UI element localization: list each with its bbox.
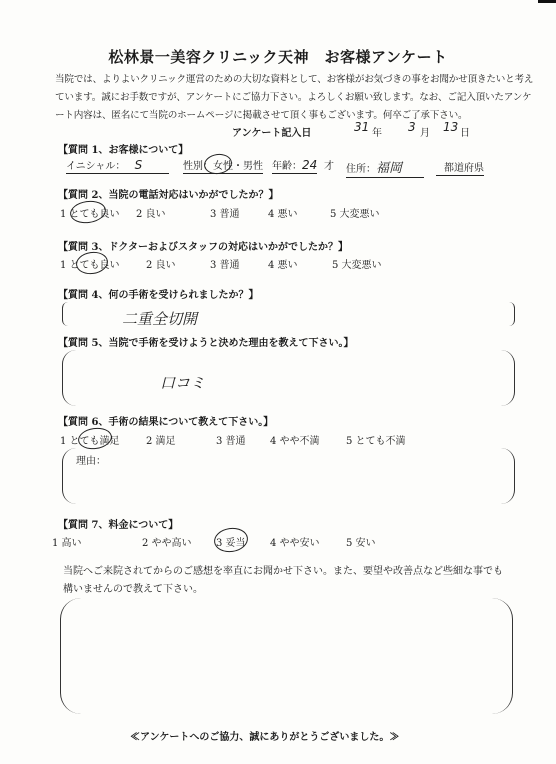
q2-option-2[interactable]: 2 良い bbox=[136, 205, 166, 220]
q2-option-4[interactable]: 4 悪い bbox=[268, 205, 298, 220]
q6-heading: 【質問 6、手術の結果について教えて下さい。】 bbox=[58, 413, 273, 428]
q5-bracket-left bbox=[62, 350, 77, 406]
q6-option-2[interactable]: 2 満足 bbox=[146, 432, 176, 447]
gender-option-male[interactable]: 男性 bbox=[243, 161, 263, 172]
address-field[interactable]: 住所：福岡 bbox=[346, 157, 424, 178]
q2-option-5[interactable]: 5 大変悪い bbox=[330, 205, 380, 220]
q6-reason-input[interactable] bbox=[110, 452, 490, 500]
q3-option-3[interactable]: 3 普通 bbox=[210, 256, 240, 271]
comments-prompt-line-2: 構いませんので教えて下さい。 bbox=[63, 580, 203, 595]
intro-line-2: ています。誠にお手数ですが、アンケートにご協力下さい。よろしくお願い致します。な… bbox=[55, 89, 531, 107]
comments-prompt-line-1: 当院へご来院されてからのご感想を率直にお聞かせ下さい。また、要望や改善点など些細… bbox=[63, 562, 503, 577]
age-unit: 才 bbox=[324, 157, 334, 172]
q3-heading: 【質問 3、ドクターおよびスタッフの対応はいかがでしたか？】 bbox=[58, 238, 348, 253]
q7-option-2[interactable]: 2 やや高い bbox=[142, 534, 192, 549]
q6-bracket-right bbox=[500, 448, 515, 504]
initial-value: S bbox=[135, 158, 143, 172]
comments-bracket-right bbox=[492, 598, 513, 714]
q4-answer[interactable]: 二重全切開 bbox=[122, 308, 197, 329]
q3-selection-circle bbox=[75, 250, 110, 276]
date-month-label: 月 bbox=[420, 124, 430, 139]
q6-reason-label: 理由： bbox=[76, 452, 106, 467]
q5-bracket-right bbox=[500, 350, 515, 406]
q6-bracket-left bbox=[62, 448, 77, 504]
q7-option-5[interactable]: 5 安い bbox=[346, 534, 376, 549]
date-day-label: 日 bbox=[460, 124, 470, 139]
address-label: 住所： bbox=[346, 164, 376, 175]
intro-line-3: ート内容は、匿名にて当院のホームページに掲載させて頂く事もございます。何卒ご了承… bbox=[55, 107, 467, 125]
q5-heading: 【質問 5、当院で手術を受けようと決めた理由を教えて下さい。】 bbox=[58, 334, 353, 349]
q1-heading: 【質問 1、お客様について】 bbox=[58, 141, 188, 156]
age-value: 24 bbox=[302, 158, 317, 172]
date-label: アンケート記入日 bbox=[232, 124, 311, 139]
age-field[interactable]: 年齢：24 bbox=[272, 157, 317, 174]
date-day-value[interactable]: 13 bbox=[443, 120, 458, 134]
comments-bracket-left bbox=[60, 598, 81, 714]
q6-option-3[interactable]: 3 普通 bbox=[216, 432, 246, 447]
age-label: 年齢： bbox=[272, 161, 302, 172]
q7-selection-circle bbox=[212, 526, 249, 554]
q5-answer[interactable]: 口コミ bbox=[160, 372, 205, 393]
address-unit: 都道府県 bbox=[436, 159, 484, 176]
q2-option-3[interactable]: 3 普通 bbox=[210, 205, 240, 220]
q3-option-5[interactable]: 5 大変悪い bbox=[332, 256, 382, 271]
thank-you-footer: ≪アンケートへのご協力、誠にありがとうございました。≫ bbox=[130, 728, 399, 743]
q4-bracket-left bbox=[62, 302, 71, 326]
initial-field[interactable]: イニシャル： S bbox=[66, 157, 169, 174]
q4-heading: 【質問 4、何の手術を受けられましたか？】 bbox=[58, 286, 258, 301]
q4-bracket-right bbox=[506, 302, 515, 326]
date-year-value[interactable]: 31 bbox=[354, 120, 369, 134]
q7-heading: 【質問 7、料金について】 bbox=[58, 516, 178, 531]
q7-option-1[interactable]: 1 高い bbox=[52, 534, 82, 549]
q2-heading: 【質問 2、当院の電話対応はいかがでしたか？】 bbox=[58, 186, 278, 201]
q6-option-5[interactable]: 5 とても不満 bbox=[346, 432, 406, 447]
scan-edge-mark bbox=[538, 0, 556, 3]
q2-selection-circle bbox=[69, 199, 108, 226]
intro-line-1: 当院では、よりよいクリニック運営のための大切な資料として、お客様がお気づきの事を… bbox=[55, 71, 533, 89]
date-year-label: 年 bbox=[372, 124, 382, 139]
q6-option-4[interactable]: 4 やや不満 bbox=[270, 432, 320, 447]
q7-option-4[interactable]: 4 やや安い bbox=[270, 534, 320, 549]
q3-option-2[interactable]: 2 良い bbox=[146, 256, 176, 271]
page-title: 松林景一美容クリニック天神 お客様アンケート bbox=[0, 46, 556, 67]
q6-selection-circle bbox=[77, 426, 114, 452]
address-value: 福岡 bbox=[376, 161, 402, 176]
initial-label: イニシャル： bbox=[66, 161, 125, 172]
q3-option-4[interactable]: 4 悪い bbox=[268, 256, 298, 271]
comments-input[interactable] bbox=[86, 606, 486, 706]
date-month-value[interactable]: 3 bbox=[408, 120, 416, 134]
